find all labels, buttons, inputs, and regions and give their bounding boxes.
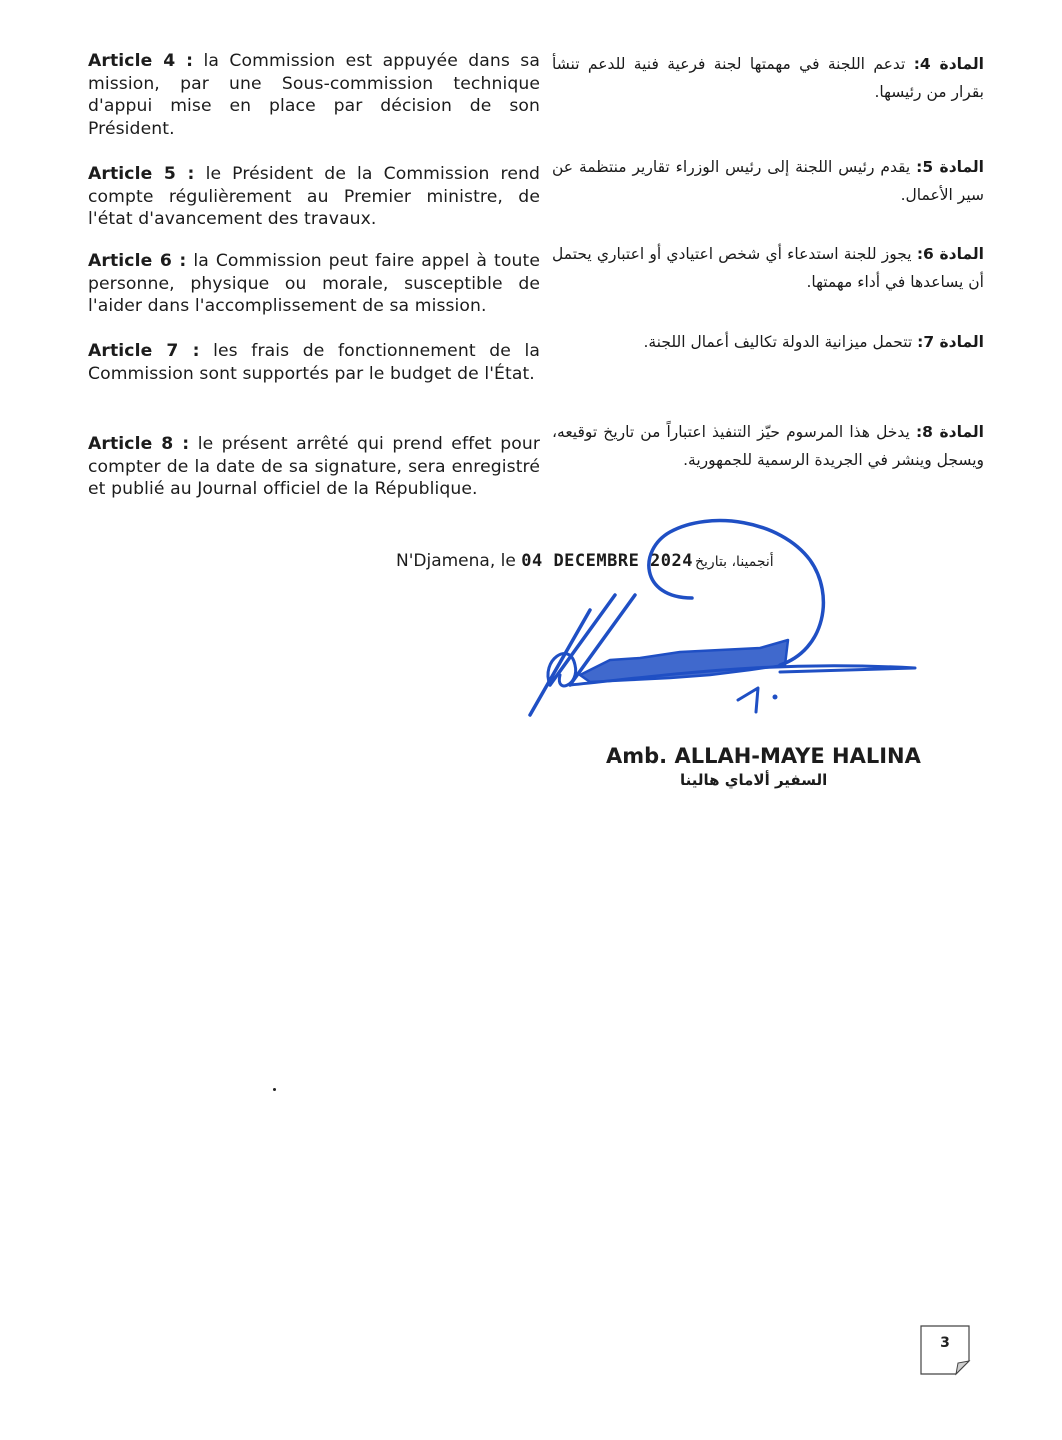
article-4-ar: المادة 4: تدعم اللجنة في مهمتها لجنة فرع… [552,50,984,106]
article-8-label: Article 8 : [88,434,189,454]
signer-name-arabic: السفير ألاماي هالينا [680,771,827,789]
page-curl-icon [920,1325,972,1377]
article-7-label: Article 7 : [88,341,200,361]
stray-dot [273,1088,276,1091]
article-7-fr: Article 7 : les frais de fonctionnement … [88,340,540,385]
article-5-ar-label: المادة 5: [916,158,984,176]
signer-name: Amb. ALLAH-MAYE HALINA [606,744,921,768]
article-6-ar: المادة 6: يجوز للجنة استدعاء أي شخص اعتي… [552,240,984,296]
article-4-fr: Article 4 : la Commission est appuyée da… [88,50,540,140]
article-5-fr: Article 5 : le Président de la Commissio… [88,163,540,231]
article-5-ar: المادة 5: يقدم رئيس اللجنة إلى رئيس الوز… [552,153,984,209]
article-5-label: Article 5 : [88,164,195,184]
article-8-fr: Article 8 : le présent arrêté qui prend … [88,433,540,501]
article-7-ar-text: تتحمل ميزانية الدولة تكاليف أعمال اللجنة… [643,333,917,351]
article-4-label: Article 4 : [88,51,193,71]
page-number-box: 3 [920,1325,970,1375]
article-6-ar-label: المادة 6: [917,245,984,263]
article-7-ar-label: المادة 7: [917,333,984,351]
article-7-ar: المادة 7: تتحمل ميزانية الدولة تكاليف أع… [552,328,984,356]
article-6-label: Article 6 : [88,251,186,271]
article-4-ar-label: المادة 4: [914,55,984,73]
date-prefix: N'Djamena, le [396,551,521,571]
article-8-ar: المادة 8: يدخل هذا المرسوم حيّز التنفيذ … [552,418,984,474]
article-8-ar-label: المادة 8: [916,423,984,441]
signature-icon [520,510,940,740]
page-number: 3 [920,1335,970,1351]
article-6-fr: Article 6 : la Commission peut faire app… [88,250,540,318]
